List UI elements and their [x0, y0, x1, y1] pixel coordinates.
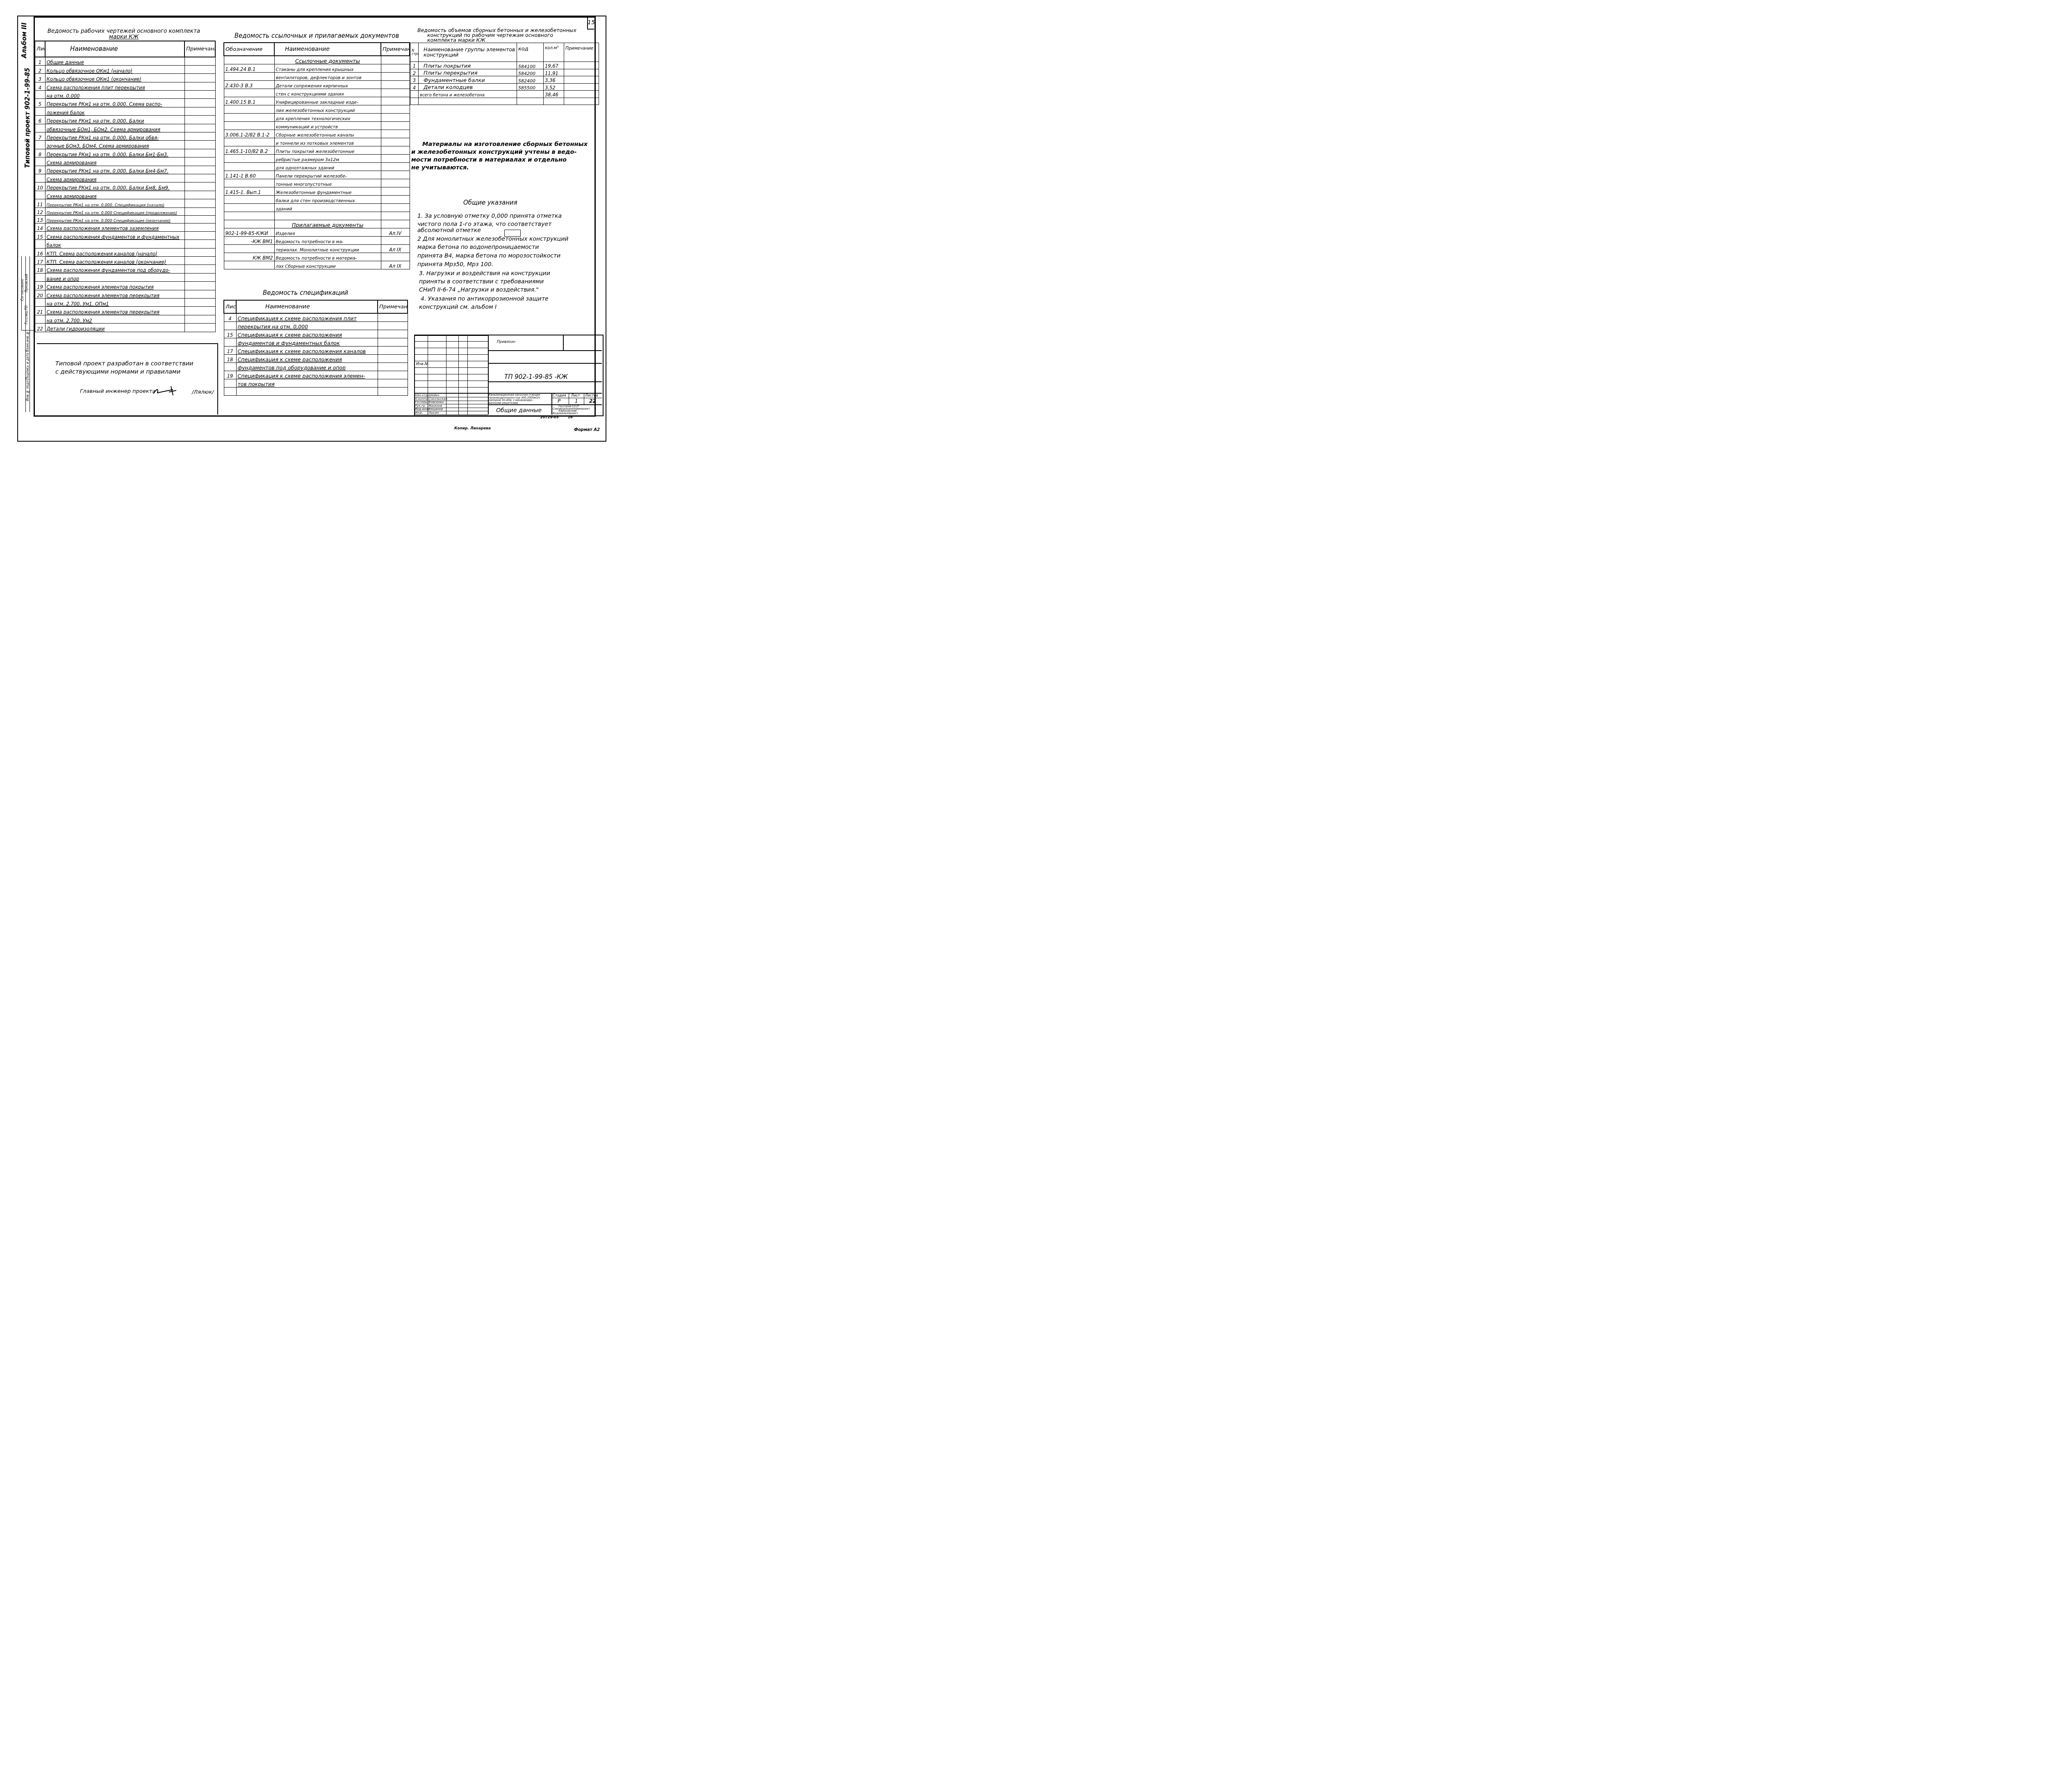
document-code	[224, 56, 274, 64]
spec-note	[378, 338, 408, 346]
table-row: балок	[35, 240, 215, 248]
document-code: 1.465.1-10/82 В.2	[224, 146, 274, 154]
drawing-note	[184, 265, 215, 273]
header-name: Наименование	[236, 300, 378, 313]
section-row: Ссылочные документы	[224, 56, 410, 64]
document-code	[224, 195, 274, 203]
drawing-name: КТП. Схема расположения каналов (начало)	[45, 248, 184, 256]
document-note	[381, 253, 410, 261]
sheet-number: 8	[35, 149, 45, 157]
drawing-note	[184, 273, 215, 281]
instruction-line: принята Мрз50, Мрз 100.	[417, 262, 493, 267]
spec-name: фундаментов под оборудование и опор	[236, 363, 378, 371]
table-row: 19 Схема расположения элементов покрытия	[35, 282, 215, 290]
stamp-col-inv: Инв.№ подл.	[26, 379, 30, 401]
table-row: коммуникаций и устройств	[224, 121, 410, 130]
inventory-number-label: Инв.№	[416, 363, 428, 366]
drawing-name: Схема расположения элементов перекрытия	[45, 290, 184, 298]
document-code	[224, 162, 274, 171]
staff-role: Н.контр	[415, 397, 428, 401]
drawing-name: ложения балок	[45, 107, 184, 115]
drawing-note	[184, 166, 215, 174]
grid-line	[414, 361, 488, 361]
spec-note	[378, 330, 408, 338]
document-note	[381, 138, 410, 146]
table-row: -КЖ ВМ1 Ведомость потребности в ма-	[224, 236, 410, 244]
sheet-number: 19	[35, 282, 45, 290]
table-row: 4 Детали колодцев 585500 3,52	[410, 83, 599, 91]
drawing-name: Схема армирования	[45, 191, 184, 199]
header-name: Наименование	[274, 43, 381, 56]
sheet-number	[224, 321, 236, 330]
specs-list-table: Лист Наименование Примечание 4 Специфика…	[223, 300, 408, 396]
sheet-number: 17	[224, 346, 236, 354]
grid-line	[458, 335, 459, 415]
header-group-name: Наименование группы элементов конструкци…	[419, 43, 517, 62]
header-qty: кол.м³	[544, 43, 564, 62]
document-note	[381, 154, 410, 162]
doc-code-bottom	[488, 381, 602, 382]
document-name: тонные многопустотные	[274, 179, 381, 187]
table-row: 902-1-99-85-КЖИ Изделия Ал.IV	[224, 228, 410, 236]
document-note	[381, 89, 410, 97]
document-code: 3.006.1-2/82 В.1-2	[224, 130, 274, 138]
table-row: тонные многопустотные	[224, 179, 410, 187]
table-row: зочные БОм3, БОм4. Схема армирования	[35, 141, 215, 149]
table-row: 2 Кольцо обвязочное ОКм1 (начало)	[35, 65, 215, 73]
table-row: 13 Перекрытие РКм1 на отм. 0.000 Специфи…	[35, 215, 215, 223]
drawings-list-title-2: марки КЖ	[38, 34, 210, 40]
sheet-number: 6	[35, 116, 45, 124]
instruction-line: чистого пола 1-го этажа, что соответству…	[417, 221, 551, 227]
table-row	[410, 98, 599, 105]
group-code: 582400	[517, 76, 544, 84]
drawing-name: Перекрытие РКм1 на отм. 0.000 Спецификац…	[45, 207, 184, 215]
design-statement-line1: Типовой проект разработан в соответствии	[55, 361, 194, 367]
row-number	[410, 91, 419, 98]
drawing-note	[184, 107, 215, 115]
stamp-agreed: Согласовано	[20, 279, 24, 301]
volumes-table: N строк Наименование группы элементов ко…	[410, 43, 599, 105]
spec-note	[378, 379, 408, 387]
sheet-number: 18	[35, 265, 45, 273]
table-row: 1.465.1-10/82 В.2 Плиты покрытий железоб…	[224, 146, 410, 154]
document-name: Железобетонные фундаментные	[274, 187, 381, 195]
table-row: на отм. 2.700. Ум1. ОПм1	[35, 299, 215, 307]
sheet-number: 22	[35, 324, 45, 332]
spec-note	[378, 387, 408, 395]
spec-note	[378, 321, 408, 330]
instruction-line: 3. Нагрузки и воздействия на конструкции	[419, 271, 550, 276]
table-row: КЖ ВМ2 Ведомость потребности в материа-	[224, 253, 410, 261]
document-name: ребристые размером 3х12м	[274, 154, 381, 162]
materials-note-line4: не учитываются.	[411, 165, 469, 171]
document-name: для крепления технологических	[274, 113, 381, 121]
spec-name: перекрытия на отм. 0,000	[236, 321, 378, 330]
group-code: 585500	[517, 83, 544, 91]
table-row: 15 Спецификация к схеме расположения	[224, 330, 408, 338]
table-row: 15 Схема расположения фундаментов и фунд…	[35, 231, 215, 239]
design-statement-box	[37, 343, 218, 415]
sheet-label: Лист	[571, 394, 580, 398]
doc-code-top	[488, 363, 602, 364]
document-name: коммуникаций и устройств	[274, 121, 381, 130]
table-row: обвязочные БОм1, БОм2. Схема армирования	[35, 124, 215, 132]
instruction-line: приняты в соответствии с требованиями	[419, 279, 544, 285]
document-note	[381, 97, 410, 105]
stage-divider	[569, 393, 569, 404]
drawing-name: Схема армирования	[45, 157, 184, 166]
materials-note-line1: Материалы на изготовление сборных бетонн…	[422, 141, 588, 148]
group-qty	[544, 98, 564, 105]
drawing-note	[184, 174, 215, 182]
document-note	[381, 220, 410, 228]
document-note	[381, 56, 410, 64]
staff-name: Мазалов	[428, 404, 442, 408]
drawing-note	[184, 257, 215, 265]
row-number	[410, 98, 419, 105]
table-row: лия железобетонных конструкций	[224, 105, 410, 113]
group-name: Детали колодцев	[419, 83, 517, 91]
spec-note	[378, 363, 408, 371]
group-code	[517, 91, 544, 98]
header-note: Примечание	[564, 43, 599, 62]
archive-page: 16	[568, 416, 573, 420]
drawing-name: обвязочные БОм1, БОм2. Схема армирования	[45, 124, 184, 132]
table-row: фундаментов под оборудование и опор	[224, 363, 408, 371]
drawing-note	[184, 199, 215, 207]
table-row: 2 Плиты перекрытия 584200 11,91	[410, 69, 599, 76]
drawing-note	[184, 207, 215, 215]
archive-number: 20729-03	[540, 416, 559, 420]
document-code	[224, 261, 274, 269]
table-row	[224, 212, 410, 220]
drawing-note	[184, 191, 215, 199]
document-name: зданий	[274, 203, 381, 212]
table-row: ребристые размером 3х12м	[224, 154, 410, 162]
instruction-line: 4. Указания по антикоррозионной защите	[421, 296, 549, 302]
sheet-number: 7	[35, 132, 45, 141]
document-code: ТП 902-1-99-85 -КЖ	[504, 374, 568, 380]
group-qty: 38,46	[544, 91, 564, 98]
project-label: Типовой проект 902-1-99-85	[24, 68, 31, 168]
sheet-number: 3	[35, 74, 45, 82]
table-row: 14 Схема расположения элементов заземлен…	[35, 223, 215, 231]
documents-list-table: Обозначение Наименование Примечание Ссыл…	[223, 42, 410, 269]
document-note	[381, 105, 410, 113]
document-note: Ал.IV	[381, 228, 410, 236]
spec-name: Спецификация к схеме расположения элемен…	[236, 371, 378, 379]
sheet-number: 16	[35, 248, 45, 256]
group-name	[419, 98, 517, 105]
sheet-number: 4	[35, 82, 45, 90]
table-row: балки для стен производственных	[224, 195, 410, 203]
table-row	[224, 387, 408, 395]
grid-line	[467, 335, 468, 415]
group-qty: 3,52	[544, 83, 564, 91]
sheet-value: 1	[575, 399, 578, 404]
group-note	[564, 76, 599, 84]
drawing-note	[184, 240, 215, 248]
instruction-line: 2 Для монолитных железобетонных конструк…	[417, 236, 568, 242]
table-row: 18 Схема расположения фундаментов под об…	[35, 265, 215, 273]
table-row: 5 Перекрытие РКм1 на отм. 0.000. Схема р…	[35, 99, 215, 107]
group-code	[517, 98, 544, 105]
document-code: 1.415-1. Вып.1	[224, 187, 274, 195]
sheet-number	[35, 240, 45, 248]
staff-name: Сокольская	[428, 397, 447, 401]
drawing-note	[184, 99, 215, 107]
table-row: перекрытия на отм. 0,000	[224, 321, 408, 330]
header-row-number: N строк	[410, 43, 419, 62]
table-row: 4 Схема расположения плит перекрытия	[35, 82, 215, 90]
table-row: стен с конструкциями здания	[224, 89, 410, 97]
grid-line	[414, 374, 488, 374]
group-qty: 3,36	[544, 76, 564, 84]
stage-value: Р	[558, 399, 560, 404]
group-note	[564, 91, 599, 98]
section-row: Прилагаемые документы	[224, 220, 410, 228]
privyazan-divider	[563, 335, 564, 350]
document-note	[381, 121, 410, 130]
sheet-number	[35, 91, 45, 99]
drawing-name: Схема расположения элементов покрытия	[45, 282, 184, 290]
drawing-note	[184, 215, 215, 223]
staff-name: Лысин	[428, 411, 439, 415]
spec-name: Спецификация к схеме расположения	[236, 330, 378, 338]
sheet-title: Общие данные	[496, 408, 542, 413]
materials-note-line2: и железобетонных конструкций учтены в ве…	[411, 149, 577, 155]
sheet-number	[35, 273, 45, 281]
grid-line	[414, 387, 488, 388]
document-code: 902-1-99-85-КЖИ	[224, 228, 274, 236]
document-note	[381, 236, 410, 244]
table-row: и тоннели из лотковых элементов	[224, 138, 410, 146]
document-name: Унифицированные закладные изде-	[274, 97, 381, 105]
staff-role: Рук.гр.	[415, 404, 426, 408]
document-note	[381, 212, 410, 220]
chief-engineer-name: /Лялюк/	[192, 390, 214, 395]
table-row: 1.141-1 В.60 Панели перекрытий железобе-	[224, 171, 410, 179]
drawing-note	[184, 248, 215, 256]
drawing-note	[184, 65, 215, 73]
document-name: вентиляторов, дефлекторов и зонтов	[274, 72, 381, 80]
drawing-name: балок	[45, 240, 184, 248]
drawing-note	[184, 324, 215, 332]
document-code	[224, 113, 274, 121]
table-row: зданий	[224, 203, 410, 212]
spec-note	[378, 346, 408, 354]
drawing-note	[184, 74, 215, 82]
document-code	[224, 212, 274, 220]
sheet-number: 2	[35, 65, 45, 73]
specs-list-title: Ведомость спецификаций	[223, 290, 387, 296]
sheet-number	[35, 174, 45, 182]
table-row: 21 Схема расположения элементов перекрыт…	[35, 307, 215, 315]
instruction-line: марка бетона по водонепроницаемости	[417, 244, 539, 250]
stamp-col-replace: Взам.инв.№	[26, 331, 30, 352]
table-row: 16 КТП. Схема расположения каналов (нача…	[35, 248, 215, 256]
document-code	[224, 244, 274, 253]
grid-line	[414, 335, 488, 336]
group-name: Плиты покрытия	[419, 62, 517, 69]
drawing-name: Перекрытие РКм1 на отм. 0.000. Специфика…	[45, 199, 184, 207]
group-name: Фундаментные балки	[419, 76, 517, 84]
stamp-name: Пуковский	[25, 274, 28, 292]
table-row: вание и опор	[35, 273, 215, 281]
drawing-name: Перекрытие РКм1 на отм. 0.000 Спецификац…	[45, 215, 184, 223]
drawing-note	[184, 182, 215, 191]
document-name: Плиты покрытий железобетонные	[274, 146, 381, 154]
spec-name: тов покрытия	[236, 379, 378, 387]
sheet-number: 20	[35, 290, 45, 298]
spec-note	[378, 354, 408, 363]
document-note	[381, 195, 410, 203]
document-code: 1.494.24 В.1	[224, 64, 274, 72]
drawing-name: Схема армирования	[45, 174, 184, 182]
sheet-number: 4	[224, 313, 236, 321]
sheet-number	[224, 338, 236, 346]
group-note	[564, 69, 599, 76]
document-code: 2.430-3 В.3	[224, 80, 274, 89]
row-number: 3	[410, 76, 419, 84]
table-row: тов покрытия	[224, 379, 408, 387]
document-note: Ал IX	[381, 244, 410, 253]
privyazan-label: Привязан	[497, 340, 515, 344]
drawing-note	[184, 141, 215, 149]
row-number: 1	[410, 62, 419, 69]
header-code: код	[517, 43, 544, 62]
drawing-note	[184, 157, 215, 166]
table-row: ложения балок	[35, 107, 215, 115]
instruction-line: 1. За условную отметку 0,000 принята отм…	[417, 213, 562, 219]
document-code	[224, 105, 274, 113]
header-note: Примечание	[184, 41, 215, 57]
stamp-col-sign: Подпись и дата	[26, 353, 30, 380]
sheet-number	[35, 299, 45, 307]
header-note: Примечание	[381, 43, 410, 56]
document-note	[381, 113, 410, 121]
spec-note	[378, 313, 408, 321]
document-name	[274, 212, 381, 220]
header-code: Обозначение	[224, 43, 274, 56]
object-name-right-border	[551, 393, 552, 415]
document-name: Прилагаемые документы	[274, 220, 381, 228]
sheet-number	[35, 107, 45, 115]
drawing-name: Кольцо обвязочное ОКм1 (окончание)	[45, 74, 184, 82]
document-code	[224, 138, 274, 146]
table-row: 3 Фундаментные балки 582400 3,36	[410, 76, 599, 84]
document-note	[381, 72, 410, 80]
group-qty: 19,67	[544, 62, 564, 69]
grid-line	[446, 335, 446, 415]
drawing-name: Схема расположения элементов перекрытия	[45, 307, 184, 315]
table-row: 17 Спецификация к схеме расположения кан…	[224, 346, 408, 354]
document-code: КЖ ВМ2	[224, 253, 274, 261]
group-qty: 11,91	[544, 69, 564, 76]
sheet-number	[35, 141, 45, 149]
sheet-number: 10	[35, 182, 45, 191]
table-row: 9 Перекрытие РКм1 на отм. 0.000. Балки Б…	[35, 166, 215, 174]
materials-note-line3: мости потребности в материалах и отдельн…	[411, 157, 567, 163]
row-number: 2	[410, 69, 419, 76]
documents-list-title: Ведомость ссылочных и прилагаемых докуме…	[223, 33, 410, 39]
drawing-name: Схема расположения фундаментов под обору…	[45, 265, 184, 273]
grid-line	[414, 354, 488, 355]
grid-line	[414, 411, 488, 411]
group-name: Плиты перекрытия	[419, 69, 517, 76]
sheet-number: 13	[35, 215, 45, 223]
staff-name: Вешанов	[428, 408, 443, 411]
drawing-name: на отм. 2.700. Ум1. ОПм1	[45, 299, 184, 307]
document-code: 1.400.15 В.1	[224, 97, 274, 105]
document-note	[381, 203, 410, 212]
row-number: 4	[410, 83, 419, 91]
document-name: для одноэтажных зданий	[274, 162, 381, 171]
document-code	[224, 154, 274, 162]
drawing-name: Перекрытие РКм1 на отм. 0.000. Балки Бм8…	[45, 182, 184, 191]
drawing-note	[184, 132, 215, 141]
table-row: 22 Детали гидроизоляции	[35, 324, 215, 332]
document-code	[224, 179, 274, 187]
sheet-number: 9	[35, 166, 45, 174]
album-label: Альбом III	[20, 23, 28, 58]
grid-line	[414, 341, 488, 342]
group-note	[564, 62, 599, 69]
document-note	[381, 146, 410, 154]
header-sheet: Лист	[35, 41, 45, 57]
table-row: 7 Перекрытие РКм1 на отм. 0.000. Балки о…	[35, 132, 215, 141]
document-code: -КЖ ВМ1	[224, 236, 274, 244]
drawing-name: Перекрытие РКм1 на отм. 0.000. Схема рас…	[45, 99, 184, 107]
group-code: 584100	[517, 62, 544, 69]
document-name: Изделия	[274, 228, 381, 236]
document-name: Детали сопряжения кирпичных	[274, 80, 381, 89]
drawing-note	[184, 57, 215, 65]
drawing-note	[184, 82, 215, 90]
sheet-number: 5	[35, 99, 45, 107]
instruction-line: конструкций см. альбом I	[419, 304, 497, 310]
table-row: 1 Плиты покрытия 584100 19,67	[410, 62, 599, 69]
document-name: Ведомость потребности в ма-	[274, 236, 381, 244]
general-instructions-title: Общие указания	[463, 200, 517, 206]
grid-line	[414, 415, 488, 415]
sheet-number	[224, 387, 236, 395]
document-note	[381, 162, 410, 171]
sheet-number: 14	[35, 223, 45, 231]
group-code: 584200	[517, 69, 544, 76]
drawing-name: зочные БОм3, БОм4. Схема армирования	[45, 141, 184, 149]
drawing-note	[184, 315, 215, 323]
design-statement-line2: с действующими нормами и правилами	[55, 369, 180, 375]
format-label: Формат А2	[574, 428, 600, 432]
table-row: 8 Перекрытие РКм1 на отм. 0.000. Балки Б…	[35, 149, 215, 157]
table-row: 10 Перекрытие РКм1 на отм. 0.000. Балки …	[35, 182, 215, 191]
document-code	[224, 203, 274, 212]
drawing-name: Перекрытие РКм1 на отм. 0.000. Балки Бм4…	[45, 166, 184, 174]
staff-role: Нач.отд	[415, 394, 428, 397]
table-row: для крепления технологических	[224, 113, 410, 121]
table-row: лах Сборные конструкции Ал IX	[224, 261, 410, 269]
table-row: 2.430-3 В.3 Детали сопряжения кирпичных	[224, 80, 410, 89]
table-row: 1.400.15 В.1 Унифицированные закладные и…	[224, 97, 410, 105]
drawing-name: на отм. 2.700. Ум2	[45, 315, 184, 323]
sheet-number: 18	[224, 354, 236, 363]
document-note	[381, 64, 410, 72]
document-note	[381, 187, 410, 195]
spec-name: Спецификация к схеме расположения плит	[236, 313, 378, 321]
document-code	[224, 121, 274, 130]
